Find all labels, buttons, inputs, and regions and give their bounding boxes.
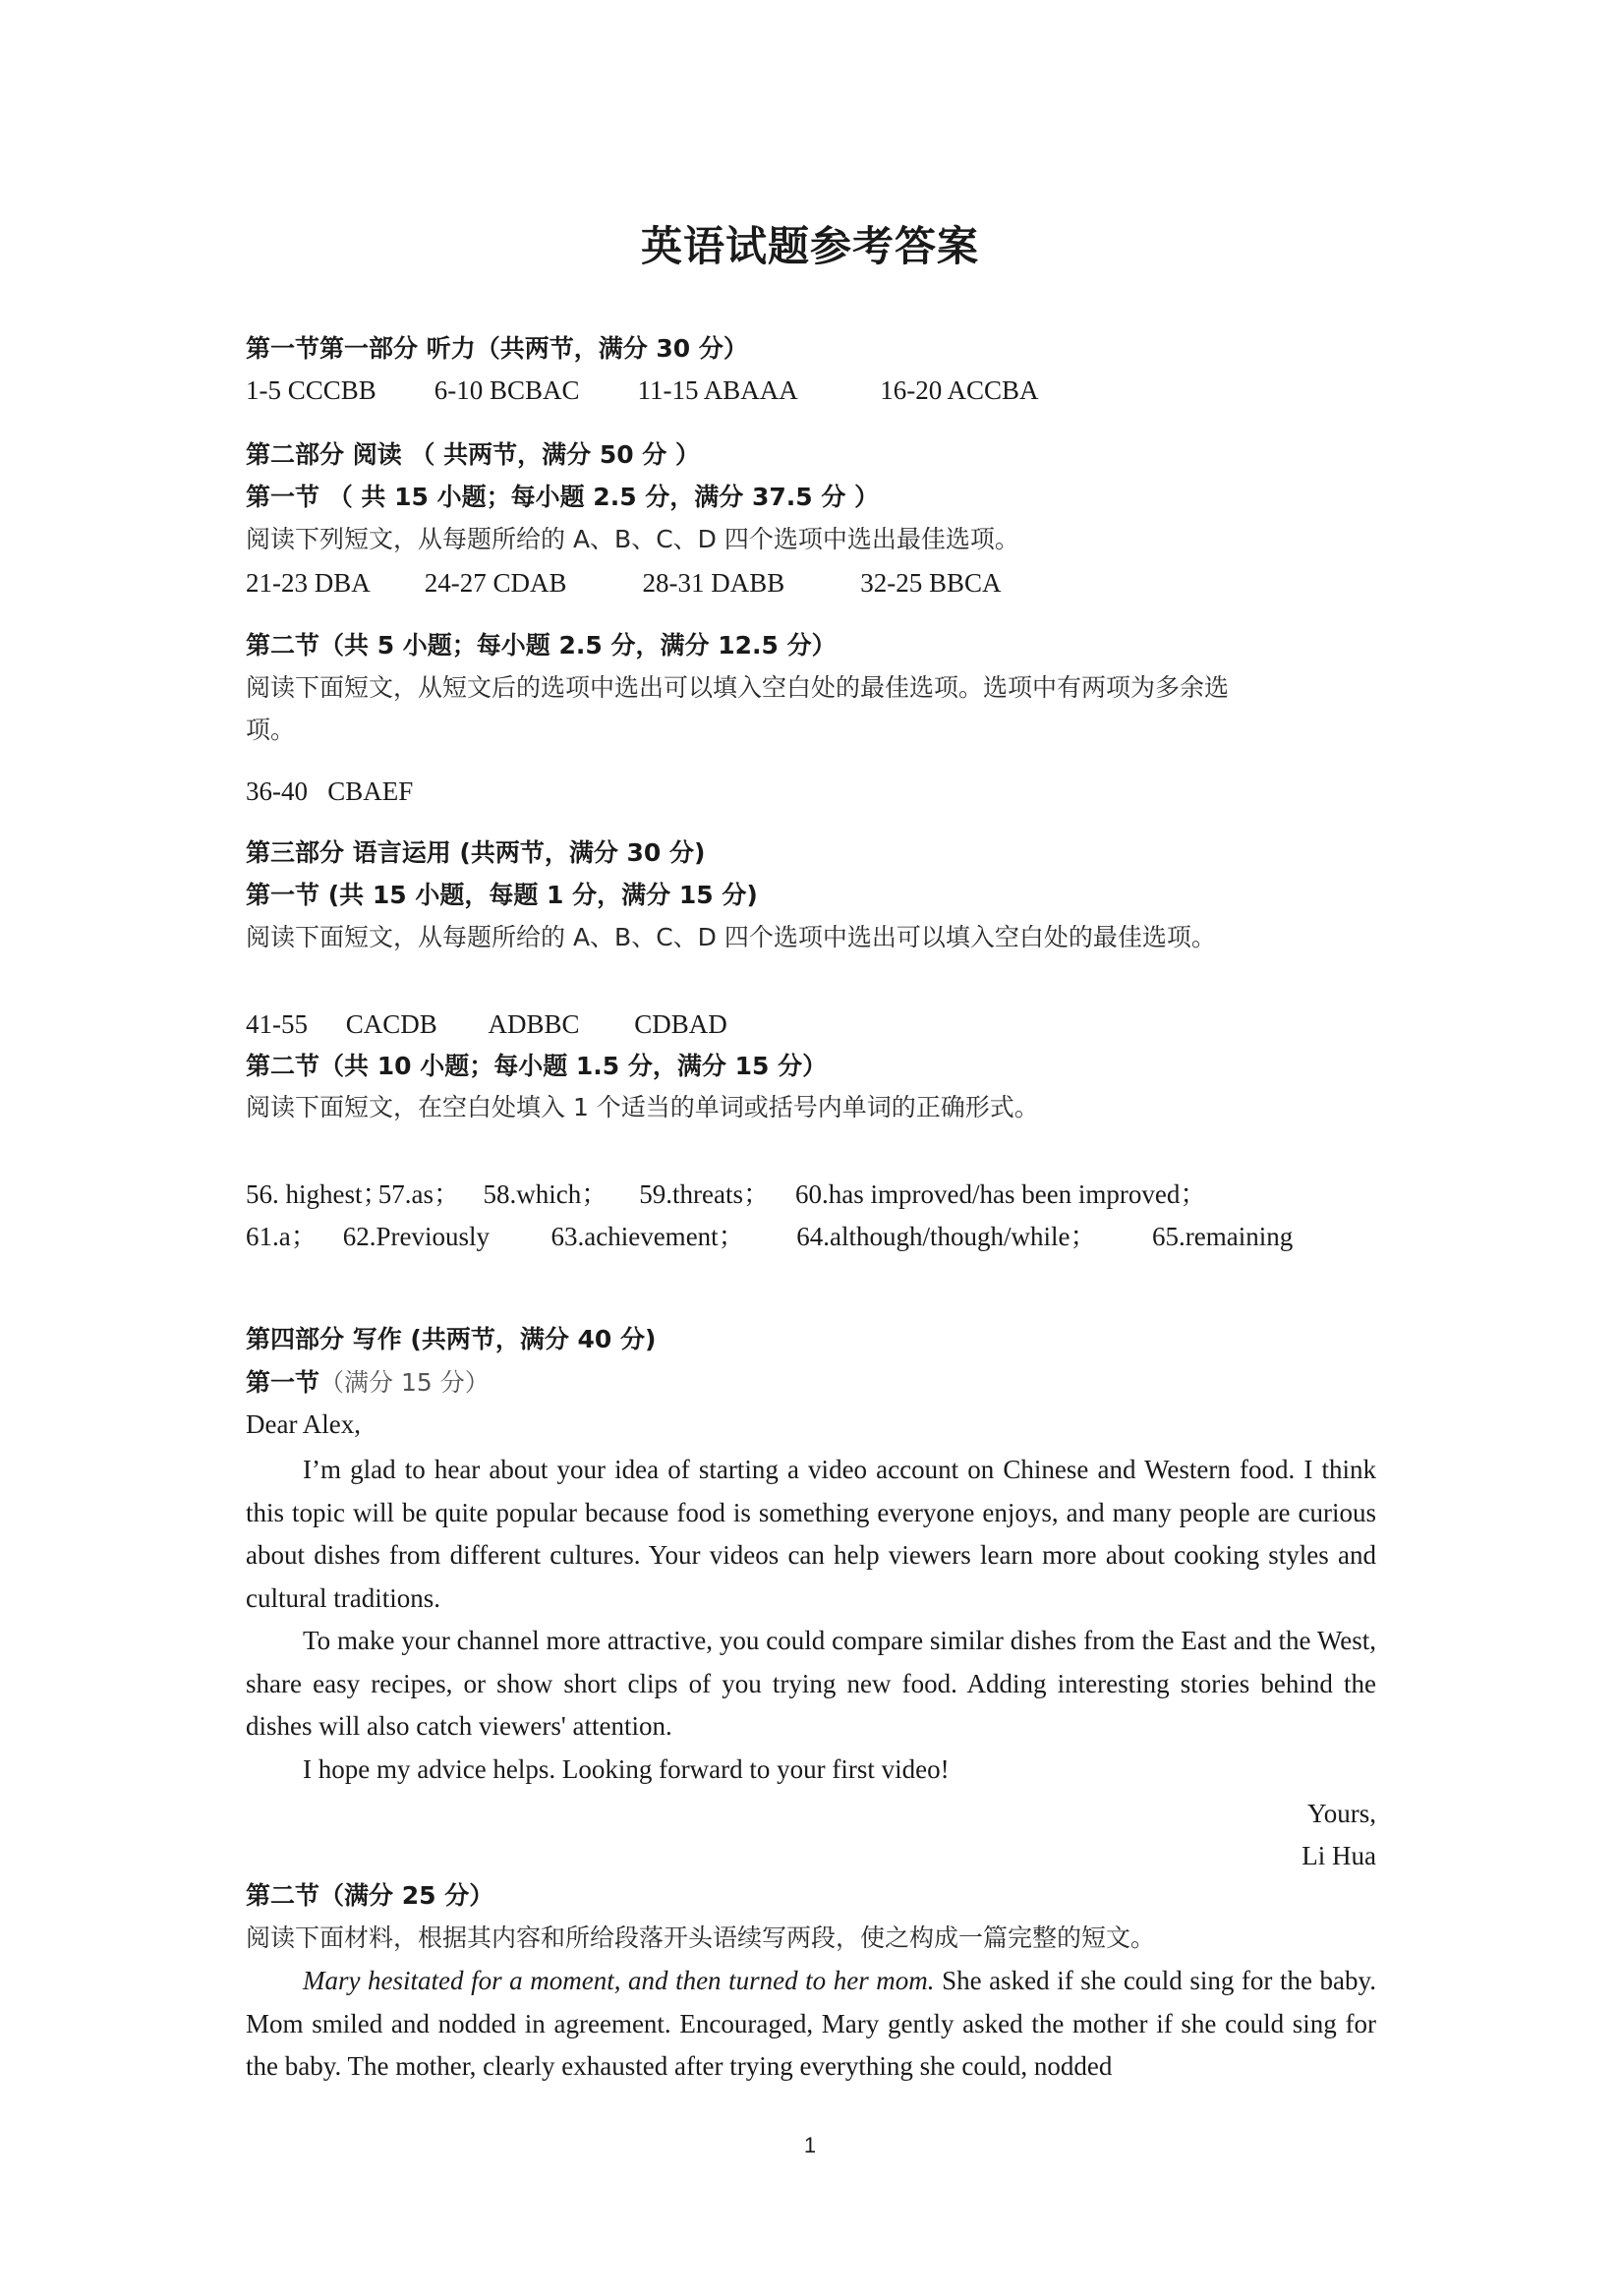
answer-item: 65.remaining xyxy=(1152,1220,1293,1253)
part3-section1-answers: 41-55 CACDB ADBBC CDBAD xyxy=(246,1007,1376,1041)
part3-section2-instruction: 阅读下面短文，在空白处填入 1 个适当的单词或括号内单词的正确形式。 xyxy=(246,1091,1376,1124)
part1-answers: 1-5 CCCBB 6-10 BCBAC 11-15 ABAAA 16-20 A… xyxy=(246,373,1376,407)
part2-section2-instruction-cont: 项。 xyxy=(246,714,1376,747)
page-number: 1 xyxy=(0,2133,1620,2158)
answer-item: 63.achievement； xyxy=(551,1220,790,1253)
answer-group: 6-10 BCBAC xyxy=(434,373,631,407)
answer-group: 11-15 ABAAA xyxy=(638,373,874,407)
answer-group: 32-25 BBCA xyxy=(860,566,1001,600)
letter-closing: Yours, xyxy=(1307,1797,1376,1830)
part1-heading: 第一节第一部分 听力（共两节，满分 30 分） xyxy=(246,332,1376,366)
answer-group: 1-5 CCCBB xyxy=(246,373,428,407)
part2-section1-instruction: 阅读下列短文，从每题所给的 A、B、C、D 四个选项中选出最佳选项。 xyxy=(246,523,1376,556)
answer-group: CACDB xyxy=(346,1007,482,1041)
part3-section2-answers-row2: 61.a； 62.Previously 63.achievement； 64.a… xyxy=(246,1220,1376,1253)
part3-section1-heading: 第一节 (共 15 小题，每题 1 分，满分 15 分) xyxy=(246,879,1376,912)
part2-heading: 第二部分 阅读 （ 共两节，满分 50 分 ） xyxy=(246,438,1376,472)
answer-item: 62.Previously xyxy=(343,1220,545,1253)
part3-heading: 第三部分 语言运用 (共两节，满分 30 分) xyxy=(246,836,1376,870)
answer-item: 60.has improved/has been improved； xyxy=(795,1177,1206,1211)
letter-salutation: Dear Alex, xyxy=(246,1407,1376,1441)
answer-group: CDBAD xyxy=(634,1007,727,1041)
answer-item: 61.a； xyxy=(246,1220,336,1253)
part4-section1-heading: 第一节 xyxy=(246,1368,319,1397)
letter-paragraph-2: To make your channel more attractive, yo… xyxy=(246,1620,1376,1749)
answer-item: 64.although/though/while； xyxy=(796,1220,1145,1253)
letter-signature: Li Hua xyxy=(1302,1839,1376,1872)
part3-section2-answers-row1: 56. highest； 57.as； 58.which； 59.threats… xyxy=(246,1177,1376,1211)
answer-item: 56. highest； xyxy=(246,1177,372,1211)
part2-section1-heading: 第一节 （ 共 15 小题；每小题 2.5 分，满分 37.5 分 ） xyxy=(246,481,1376,514)
answer-key-page: 英语试题参考答案 第一节第一部分 听力（共两节，满分 30 分） 1-5 CCC… xyxy=(0,0,1620,2296)
answer-group: 28-31 DABB xyxy=(643,566,854,600)
answer-group: 16-20 ACCBA xyxy=(880,373,1038,407)
answer-group: 21-23 DBA xyxy=(246,566,418,600)
continuation-passage: Mary hesitated for a moment, and then tu… xyxy=(246,1960,1376,2089)
part4-heading: 第四部分 写作 (共两节，满分 40 分) xyxy=(246,1323,1376,1356)
part4-section1-score: （满分 15 分） xyxy=(319,1368,490,1397)
part2-section2-heading: 第二节（共 5 小题；每小题 2.5 分，满分 12.5 分） xyxy=(246,629,1376,662)
letter-paragraph-3: I hope my advice helps. Looking forward … xyxy=(246,1749,1376,1792)
answer-range: 41-55 xyxy=(246,1007,339,1041)
part4-section2-instruction: 阅读下面材料，根据其内容和所给段落开头语续写两段，使之构成一篇完整的短文。 xyxy=(246,1922,1376,1955)
given-opening-sentence: Mary hesitated for a moment, and then tu… xyxy=(303,1966,935,1995)
part3-section2-heading: 第二节（共 10 小题；每小题 1.5 分，满分 15 分） xyxy=(246,1050,1376,1083)
answer-item: 57.as； xyxy=(378,1177,477,1211)
answer-item: 58.which； xyxy=(484,1177,633,1211)
answer-group: ADBBC xyxy=(489,1007,628,1041)
part2-section2-answers: 36-40 CBAEF xyxy=(246,775,1376,808)
part3-section1-instruction: 阅读下面短文，从每题所给的 A、B、C、D 四个选项中选出可以填入空白处的最佳选… xyxy=(246,921,1376,954)
part4-section1-heading-row: 第一节（满分 15 分） xyxy=(246,1365,1376,1400)
part4-section2-heading: 第二节（满分 25 分） xyxy=(246,1879,1376,1913)
answer-group: 24-27 CDAB xyxy=(425,566,636,600)
part2-section1-answers: 21-23 DBA 24-27 CDAB 28-31 DABB 32-25 BB… xyxy=(246,566,1376,600)
letter-paragraph-1: I’m glad to hear about your idea of star… xyxy=(246,1449,1376,1620)
document-title: 英语试题参考答案 xyxy=(0,214,1620,273)
part2-section2-instruction: 阅读下面短文，从短文后的选项中选出可以填入空白处的最佳选项。选项中有两项为多余选 xyxy=(246,671,1376,705)
answer-item: 59.threats； xyxy=(639,1177,788,1211)
